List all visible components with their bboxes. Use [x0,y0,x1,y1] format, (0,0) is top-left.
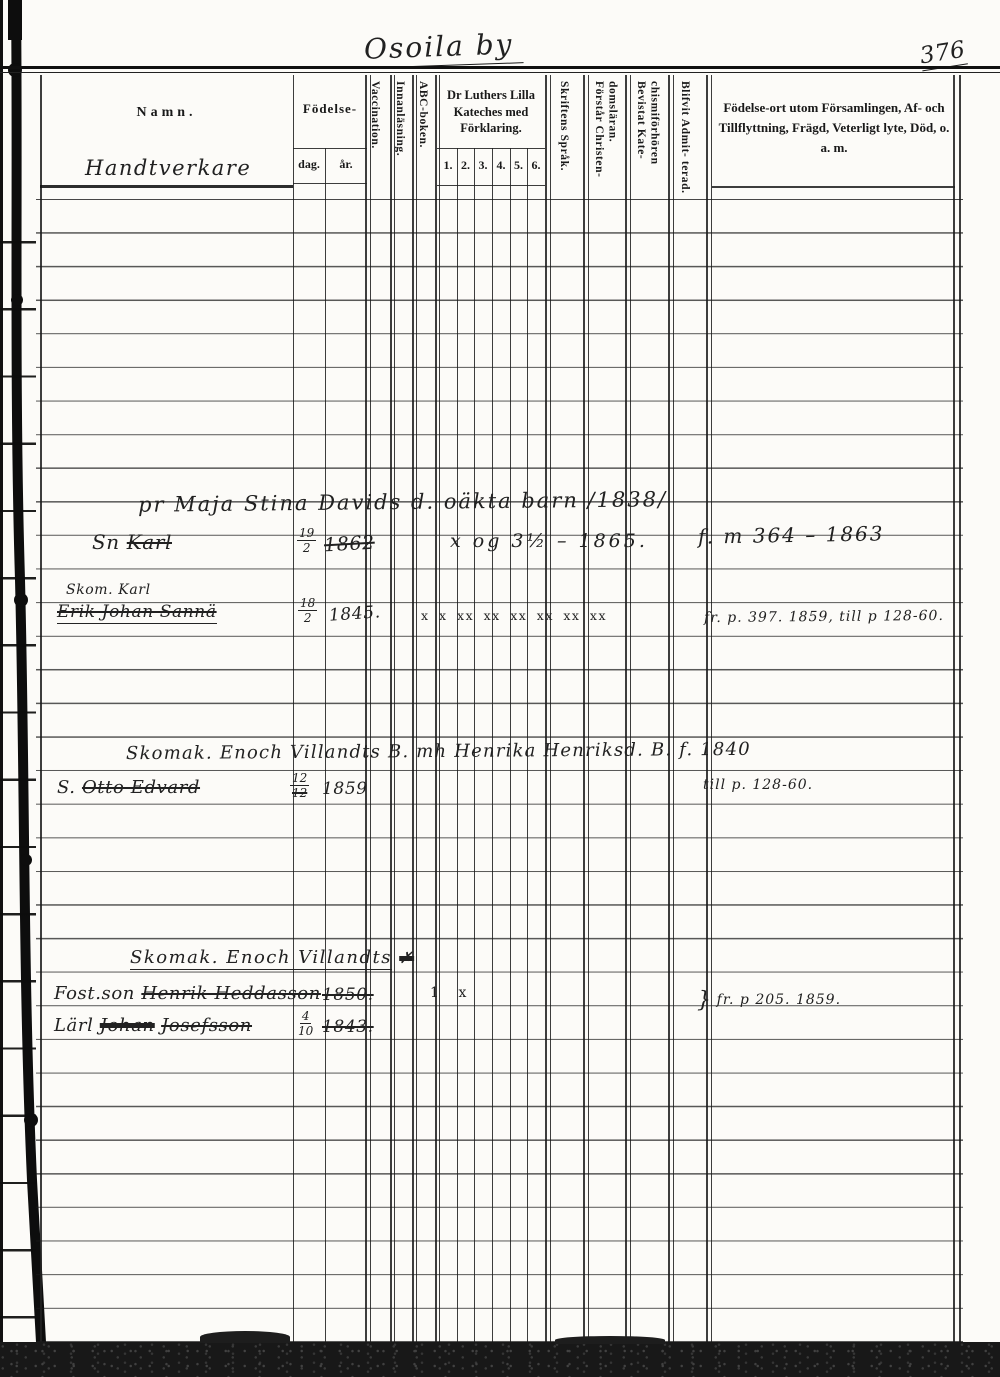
entry-3-birth-year: 1859 [322,779,368,799]
entry-3-name-struck: Otto Edvard [82,777,200,798]
fraction-numerator: 12 [290,772,309,786]
entry-4-line1-text: Skomak. Enoch Villandts [130,947,392,970]
entry-4-note-brace: } [697,988,712,1013]
entry-3-line1: Skomak. Enoch Villandts B. mh Henrika He… [126,739,751,764]
entry-4-apprentice-day-fraction: 4 10 [298,1010,313,1037]
header-dag: dag. [293,152,325,176]
scan-blob [200,1331,290,1343]
entry-2-name-struck: Erik Johan Sannä [57,602,217,624]
kateches-col-6: 6. [527,152,545,178]
margin-row-ticks [0,188,36,1342]
kateches-col-2: 2. [457,152,474,178]
entry-4-foster-struck: Henrik Heddasson [141,983,321,1004]
entry-1-birth-year: 1862 [323,532,375,557]
entry-2-name: Erik Johan Sannä [57,602,217,622]
fraction-denominator: 10 [298,1024,313,1037]
entry-3-birth-day-fraction: 12 12 [290,772,309,799]
header-kateches: Dr Luthers Lilla Kateches med Förklaring… [437,80,545,144]
entry-1-name-prefix: Sn [92,530,120,554]
header-fodelse: Födelse- [293,95,367,123]
entry-2-side-note: fr. p. 397. 1859, till p 128-60. [704,608,944,626]
entry-4-apprentice-struck: Johan [100,1015,155,1036]
entry-4-foster-marks: 1 x [430,985,467,1001]
header-skriftens-sprak: Skriftens Språk. [557,78,581,199]
header-bevistat-katechismiforhoren: Bevistat Kate- chismiförhören [634,78,666,199]
fraction-numerator: 19 [297,527,316,541]
entry-4-foster-year: 1850. [322,985,374,1005]
entry-2-check-marks: x x xx xx xx xx xx xx [421,608,607,623]
entry-1-name: Sn Karl [92,530,172,554]
header-forstar-christendomslaran: Förstår Christen- domsläran. [592,78,624,199]
entry-2-birth-day-fraction: 18 2 [298,597,317,624]
kateches-col-4: 4. [492,152,510,178]
fraction-denominator: 2 [303,541,311,554]
entry-3-name: S. Otto Edvard [57,777,200,798]
header-innanlasning: Innanläsning. [393,78,412,199]
entry-4-apprentice-year: 1843. [322,1017,374,1037]
fraction-numerator: 4 [300,1010,312,1024]
kateches-col-1: 1. [439,152,457,178]
entry-4-line1: Skomak. Enoch Villandts ✗ [130,947,414,968]
kateches-col-3: 3. [474,152,492,178]
entry-2-birth-year: 1845. [328,602,381,626]
scan-blob [555,1336,665,1344]
header-abc-boken: ABC-boken. [416,78,435,199]
entry-4-apprentice-line: Lärl Johan Josefsson [54,1015,252,1036]
entry-3-side-note: till p. 128-60. [703,777,813,793]
fraction-denominator: 12 [292,786,307,799]
entry-4-line1-scribble: ✗ [399,948,414,967]
entry-4-note-text: fr. p 205. 1859. [717,992,841,1008]
ruled-rows [36,199,963,1344]
entry-4-apprentice-struck2: Josefsson [161,1015,252,1036]
header-namn: Namn. [40,98,293,128]
entry-2-line1: Skom. Karl [66,582,151,598]
entry-1-mid-note: x og 3½ – 1865. [450,530,648,552]
entry-3-name-prefix: S. [57,777,76,798]
entry-4-foster-prefix: Fost.son [54,983,135,1004]
entry-4-apprentice-prefix: Lärl [54,1015,93,1036]
header-namn-sub-handwritten: Handtverkare [85,156,251,180]
scan-bottom-band [0,1342,1000,1377]
entry-4-foster-line: Fost.son Henrik Heddasson [54,983,321,1004]
header-notes: Födelse-ort utom Församlingen, Af- och T… [718,92,950,164]
kateches-col-5: 5. [510,152,527,178]
page-title: Osoila by [359,27,524,69]
top-rule-thin [0,72,1000,73]
entry-1-name-struck: Karl [127,530,172,554]
entry-1-side-note: f. m 364 – 1863 [698,521,885,548]
header-vaccination: Vaccination. [368,78,390,199]
top-rule-thick [0,66,1000,69]
entry-4-side-note: } fr. p 205. 1859. [697,988,841,1013]
fraction-denominator: 2 [304,611,312,624]
entry-1-birth-day-fraction: 19 2 [297,527,316,554]
fraction-numerator: 18 [298,597,317,611]
header-blifvit-admitterad: Blifvit Admit- terad. [678,78,705,199]
header-ar: år. [325,152,367,176]
scanned-parish-register-page: Osoila by 376 [0,0,1000,1377]
